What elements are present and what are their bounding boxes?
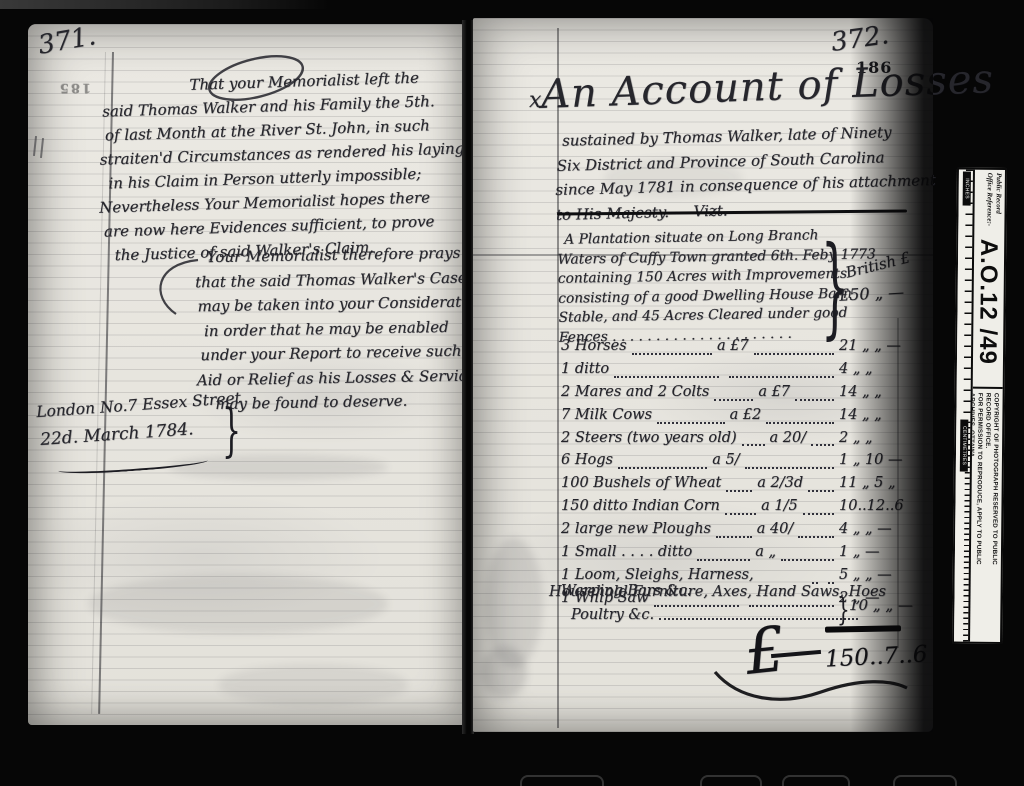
item-amount: 21 „ „ — xyxy=(839,338,901,354)
leader-dots xyxy=(811,444,834,446)
ruler-ticks-inches xyxy=(963,170,973,420)
archive-label-strip: Public Record Office Reference:- A.O.12 … xyxy=(955,168,1007,646)
margin-mark xyxy=(33,136,37,156)
item-amount: 11 „ 5 „ xyxy=(839,475,901,491)
address-line: London No.7 Essex Street xyxy=(36,389,242,421)
page-372: 372. 186 x An Account of Losses sustaine… xyxy=(473,18,933,732)
losses-item-list: 3 Horsesa £721 „ „ — 1 ditto4 „ „ 2 Mare… xyxy=(561,338,901,613)
leader-dots xyxy=(725,513,756,515)
item-rate: a „ xyxy=(755,544,776,560)
item-row: 150 ditto Indian Corna 1/510..12..6 xyxy=(561,498,901,521)
page-smudge xyxy=(481,646,527,698)
household-brace: } xyxy=(837,590,850,628)
item-desc: 1 ditto xyxy=(561,361,609,377)
item-row: 7 Milk Cowsa £214 „ „ xyxy=(561,407,901,430)
film-edge-mark xyxy=(893,775,957,786)
leader-dots xyxy=(766,422,834,424)
item-row: 2 Steers (two years old)a 20/2 „ „ xyxy=(561,430,901,453)
leader-dots xyxy=(808,490,834,492)
inches-label: INCHES xyxy=(963,172,971,206)
household-amount: 10 „ „ — xyxy=(849,596,913,614)
leader-dots xyxy=(795,399,834,401)
item-row: 100 Bushels of Wheata 2/3d11 „ 5 „ xyxy=(561,475,901,498)
item-desc: 7 Milk Cows xyxy=(561,407,652,423)
item-desc: 3 Horses xyxy=(561,338,627,354)
page-smudge xyxy=(88,574,388,634)
film-edge-mark xyxy=(700,775,762,786)
page-smudge xyxy=(218,664,408,706)
item-amount: 4 „ „ — xyxy=(839,521,901,537)
leader-dots xyxy=(745,467,834,469)
item-desc: 2 large new Ploughs xyxy=(561,521,711,537)
check-mark: x xyxy=(529,88,541,113)
film-scratch xyxy=(0,0,330,9)
caption-line: Public Record xyxy=(994,173,1003,237)
account-title: An Account of Losses xyxy=(540,56,994,118)
item-amount: 2 „ „ xyxy=(839,430,901,446)
item-desc: 150 ditto Indian Corn xyxy=(561,498,720,514)
date-line: 22d. March 1784. xyxy=(40,416,242,450)
total-underline-flourish xyxy=(711,666,911,710)
leader-dots xyxy=(657,422,725,424)
item-amount: 10..12..6 xyxy=(839,498,901,514)
item-row: 6 Hogsa 5/1 „ 10 — xyxy=(561,452,901,475)
item-amount: 1 „ 10 — xyxy=(839,452,901,468)
item-amount: 14 „ „ xyxy=(839,384,901,400)
film-edge-mark xyxy=(520,775,604,786)
page-371: 371. 185 That your Memorialist left the … xyxy=(28,24,463,725)
leader-dots xyxy=(714,399,753,401)
item-row: 2 Mares and 2 Coltsa £714 „ „ xyxy=(561,384,901,407)
caption-line: Office Reference:- xyxy=(985,173,994,237)
page-smudge xyxy=(168,454,388,480)
item-desc: 100 Bushels of Wheat xyxy=(561,475,721,491)
item-rate: a £7 xyxy=(717,338,749,354)
item-row: 3 Horsesa £721 „ „ — xyxy=(561,338,901,361)
item-rate: a 5/ xyxy=(712,452,739,468)
item-rate: a 20/ xyxy=(770,430,807,446)
leader-dots xyxy=(781,559,834,561)
item-amount: 1 „ — xyxy=(839,544,901,560)
item-rate: a £7 xyxy=(758,384,790,400)
leader-dots xyxy=(632,353,712,355)
manuscript-line: may be found to deserve. xyxy=(215,387,487,416)
dateline-block: London No.7 Essex Street 22d. March 1784… xyxy=(36,396,241,443)
reference-caption: Public Record Office Reference:- xyxy=(974,170,1005,239)
manuscript-line: Household Furniture, Axes, Hand Saws, Ho… xyxy=(549,581,886,604)
leader-dots xyxy=(716,536,752,538)
item-desc: 2 Mares and 2 Colts xyxy=(561,384,709,400)
item-desc: 2 Steers (two years old) xyxy=(561,430,737,446)
item-amount: 4 „ „ xyxy=(839,361,901,377)
leader-dots xyxy=(803,513,834,515)
item-desc: 6 Hogs xyxy=(561,452,613,468)
folio-number-printthrough: 185 xyxy=(58,80,91,95)
folio-number-handwritten-left: 371. xyxy=(36,21,98,61)
label-text-row: Public Record Office Reference:- A.O.12 … xyxy=(970,170,1005,642)
leader-dots xyxy=(697,559,750,561)
leader-dots xyxy=(729,376,834,378)
memorial-paragraph-1: That your Memorialist left the said Thom… xyxy=(97,64,468,267)
manuscript-line: Poultry &c. xyxy=(571,604,654,627)
pro-reference-label: Public Record Office Reference:- A.O.12 … xyxy=(952,167,1007,643)
plantation-amount: £50 „ — xyxy=(839,282,905,304)
copyright-notice: Copyright of photograph reserved to Publ… xyxy=(971,389,1003,595)
page-smudge xyxy=(603,158,743,198)
household-entry: Household Furniture, Axes, Hand Saws, Ho… xyxy=(549,581,886,626)
item-rate: a 40/ xyxy=(757,521,794,537)
item-row: 1 Small . . . . dittoa „1 „ — xyxy=(561,544,901,567)
item-row: 1 ditto4 „ „ xyxy=(561,361,901,384)
copyright-line: Copyright of photograph reserved to Publ… xyxy=(982,393,1000,593)
leader-dots xyxy=(618,467,707,469)
leader-dots xyxy=(798,536,834,538)
item-desc: 1 Small . . . . ditto xyxy=(561,544,692,560)
item-rate: a 1/5 xyxy=(761,498,798,514)
item-rate: a £2 xyxy=(730,407,762,423)
item-row: 2 large new Ploughsa 40/4 „ „ — xyxy=(561,521,901,544)
item-rate: a 2/3d xyxy=(757,475,803,491)
film-edge-mark xyxy=(782,775,850,786)
centimetres-label: CENTIMETRES xyxy=(960,420,969,472)
leader-dots xyxy=(742,444,765,446)
microfilm-frame: 371. 185 That your Memorialist left the … xyxy=(0,0,1024,786)
leader-dots xyxy=(614,376,719,378)
leader-dots xyxy=(754,353,834,355)
reference-number: A.O.12 /49 xyxy=(973,239,1005,387)
total-rule-bar xyxy=(825,625,901,632)
folio-number-handwritten-right: 372. xyxy=(829,20,891,58)
item-amount: 14 „ „ xyxy=(839,407,901,423)
leader-dots xyxy=(726,490,752,492)
margin-mark xyxy=(40,138,44,158)
